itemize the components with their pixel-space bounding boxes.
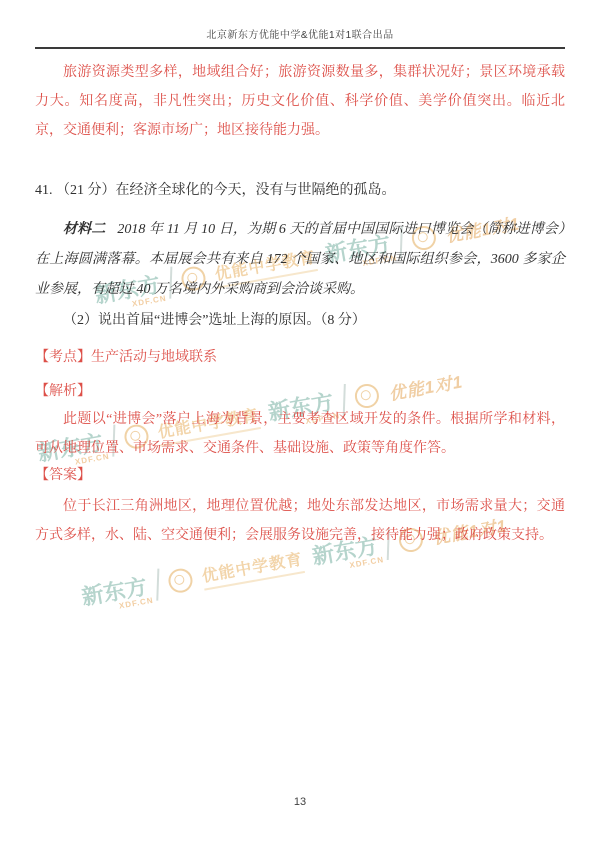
document-content: 北京新东方优能中学&优能1对1联合出品 旅游资源类型多样，地域组合好；旅游资源数… — [35, 0, 565, 550]
answer-text: 位于长江三角洲地区，地理位置优越；地处东部发达地区，市场需求量大；交通方式多样，… — [35, 492, 565, 550]
question-41-text: 41. （21 分）在经济全球化的今天，没有与世隔绝的孤岛。 — [35, 177, 565, 205]
material-2-label: 材料二 — [63, 222, 105, 237]
sub-question-2-text: （2）说出首届“进博会”选址上海的原因。（8 分） — [35, 307, 565, 335]
analysis-label: 【解析】 — [35, 379, 565, 405]
exam-point-label: 【考点】 — [35, 350, 91, 365]
exam-point-text: 生产活动与地域联系 — [91, 350, 217, 365]
youneng-school-watermark: 优能中学教育 — [200, 546, 305, 590]
exam-point-line: 【考点】生产活动与地域联系 — [35, 345, 565, 371]
page-header-title: 北京新东方优能中学&优能1对1联合出品 — [35, 26, 565, 41]
analysis-text: 此题以“进博会”落户上海为背景，主要考查区域开发的条件。根据所学和材料，可从地理… — [35, 405, 565, 463]
previous-answer-text: 旅游资源类型多样，地域组合好；旅游资源数量多，集群状况好；景区环境承载力大。知名… — [35, 58, 565, 145]
xdf-brand-watermark: 新东方XDF.CN — [80, 576, 149, 609]
material-2-text: 2018 年 11 月 10 日，为期 6 天的首届中国国际进口博览会（简称进博… — [35, 222, 565, 297]
material-2-paragraph: 材料二2018 年 11 月 10 日，为期 6 天的首届中国国际进口博览会（简… — [35, 215, 565, 305]
document-page: 新东方XDF.CN 优能中学教育 新东方XDF.CN 优能1对1 新东方XDF.… — [0, 0, 600, 848]
xdf-brand-text: 新东方 — [80, 574, 149, 610]
youneng-logo-icon — [167, 567, 195, 595]
answer-label: 【答案】 — [35, 463, 565, 489]
xdf-url-text: XDF.CN — [349, 556, 385, 570]
page-number: 13 — [0, 796, 600, 808]
header-divider — [35, 47, 565, 49]
xdf-url-text: XDF.CN — [119, 597, 155, 611]
watermark-separator — [156, 569, 159, 601]
